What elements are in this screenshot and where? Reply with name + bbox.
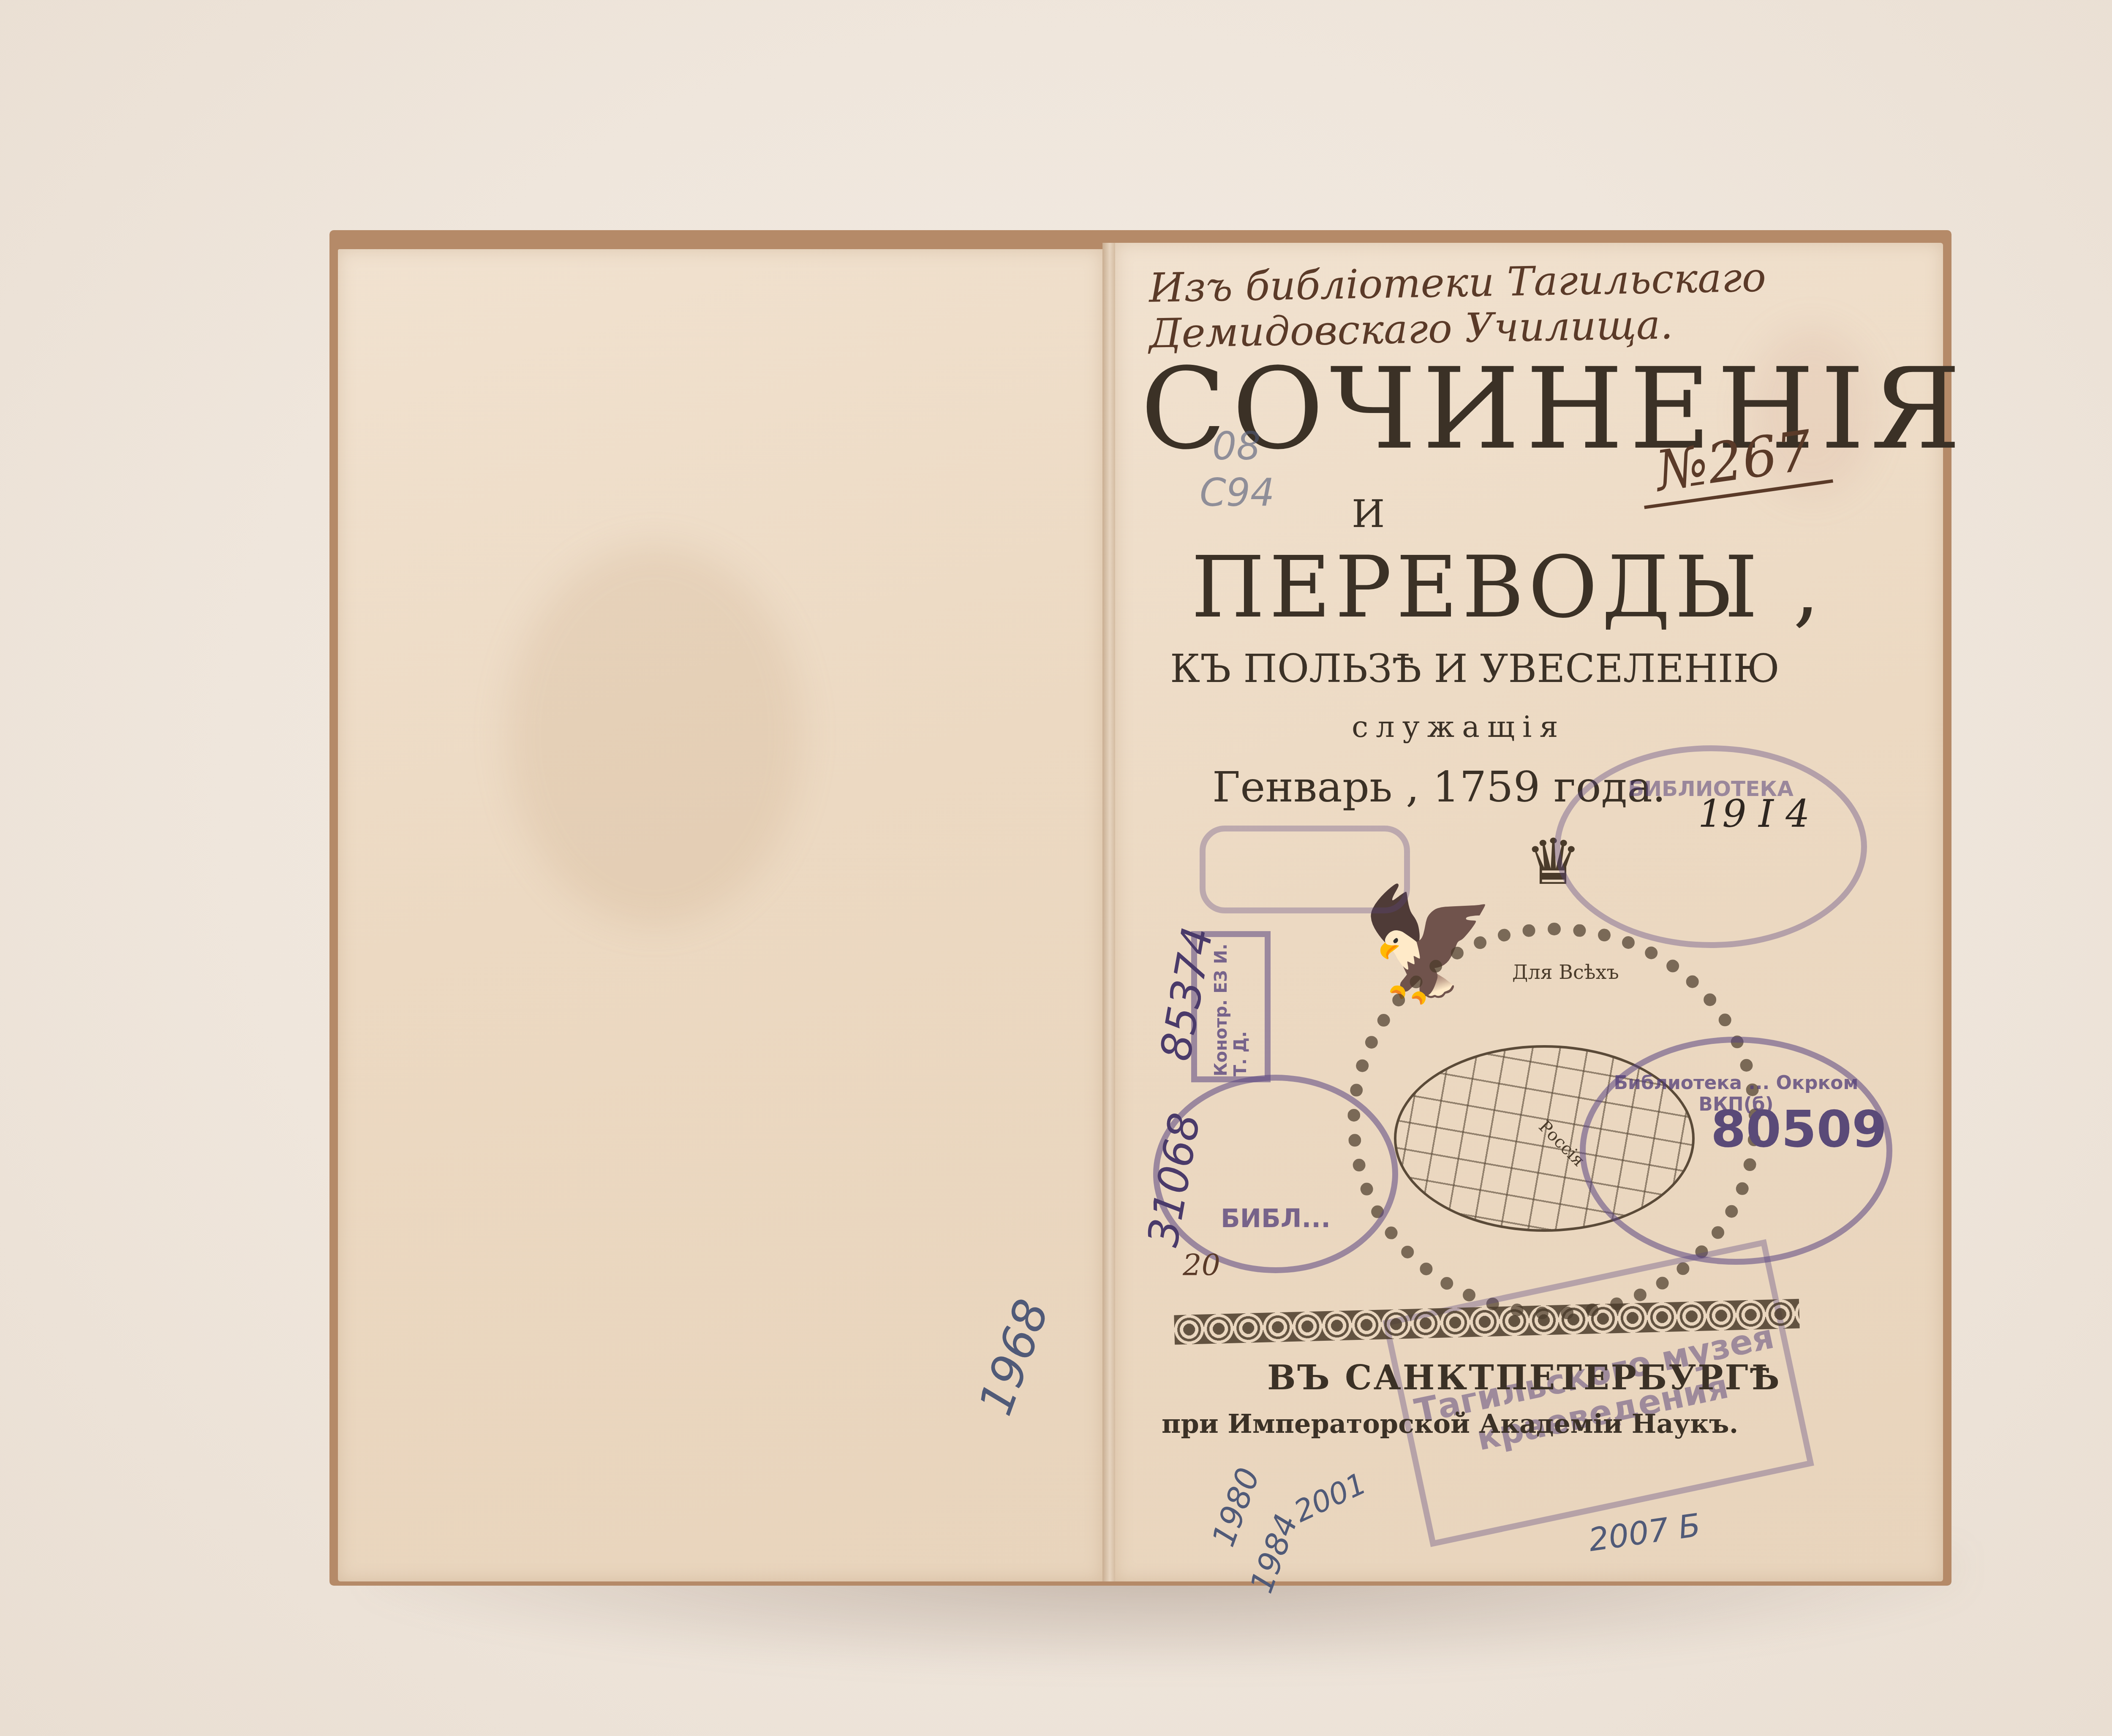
subtitle-2: служащія xyxy=(1352,709,1566,744)
pencil-year-1980: 1980 xyxy=(1204,1463,1267,1551)
vignette-motto: Для Всѣхъ xyxy=(1512,961,1619,983)
stamp-handwritten-date: 19 I 4 xyxy=(1698,792,1810,836)
title-main: СОЧИНЕНІЯ xyxy=(1140,344,1967,474)
pencil-year-2001: 2001 xyxy=(1289,1466,1372,1529)
handwritten-provenance-line1: Изъ библіотеки Тагильскаго xyxy=(1149,254,1766,311)
imprint-publisher: при Императорской Академіи Наукъ. xyxy=(1162,1408,1738,1439)
pencil-note-year: 1968 xyxy=(968,1293,1059,1422)
title-secondary: ПЕРЕВОДЫ , xyxy=(1191,538,1824,637)
title-conjunction: И xyxy=(1352,492,1385,536)
subtitle: КЪ ПОЛЬЗѢ И УВЕСЕЛЕНІЮ xyxy=(1170,646,1780,691)
left-endpaper: 1968 xyxy=(338,249,1102,1581)
pencil-shelfmark-1: 08 xyxy=(1212,424,1261,469)
pencil-shelfmark-2: С94 xyxy=(1200,471,1274,515)
stamp-library-oval: БИБЛИОТЕКА xyxy=(1554,745,1867,948)
pencil-year-2007: 2007 Б xyxy=(1586,1506,1703,1559)
title-page: Изъ библіотеки Тагильскаго Демидовскаго … xyxy=(1115,243,1943,1581)
stamp-accession-number: 80509 xyxy=(1711,1100,1887,1159)
stamp-oval-left-text: БИБЛ... xyxy=(1221,1204,1331,1233)
paper-stain xyxy=(507,545,803,925)
open-book: 1968 Изъ библіотеки Тагильскаго Демидовс… xyxy=(329,230,1951,1586)
imprint-city: ВЪ САНКТПЕТЕРБУРГѢ xyxy=(1267,1358,1781,1397)
stamp-octagon-faded xyxy=(1200,826,1410,913)
margin-note: 20 xyxy=(1183,1248,1220,1282)
